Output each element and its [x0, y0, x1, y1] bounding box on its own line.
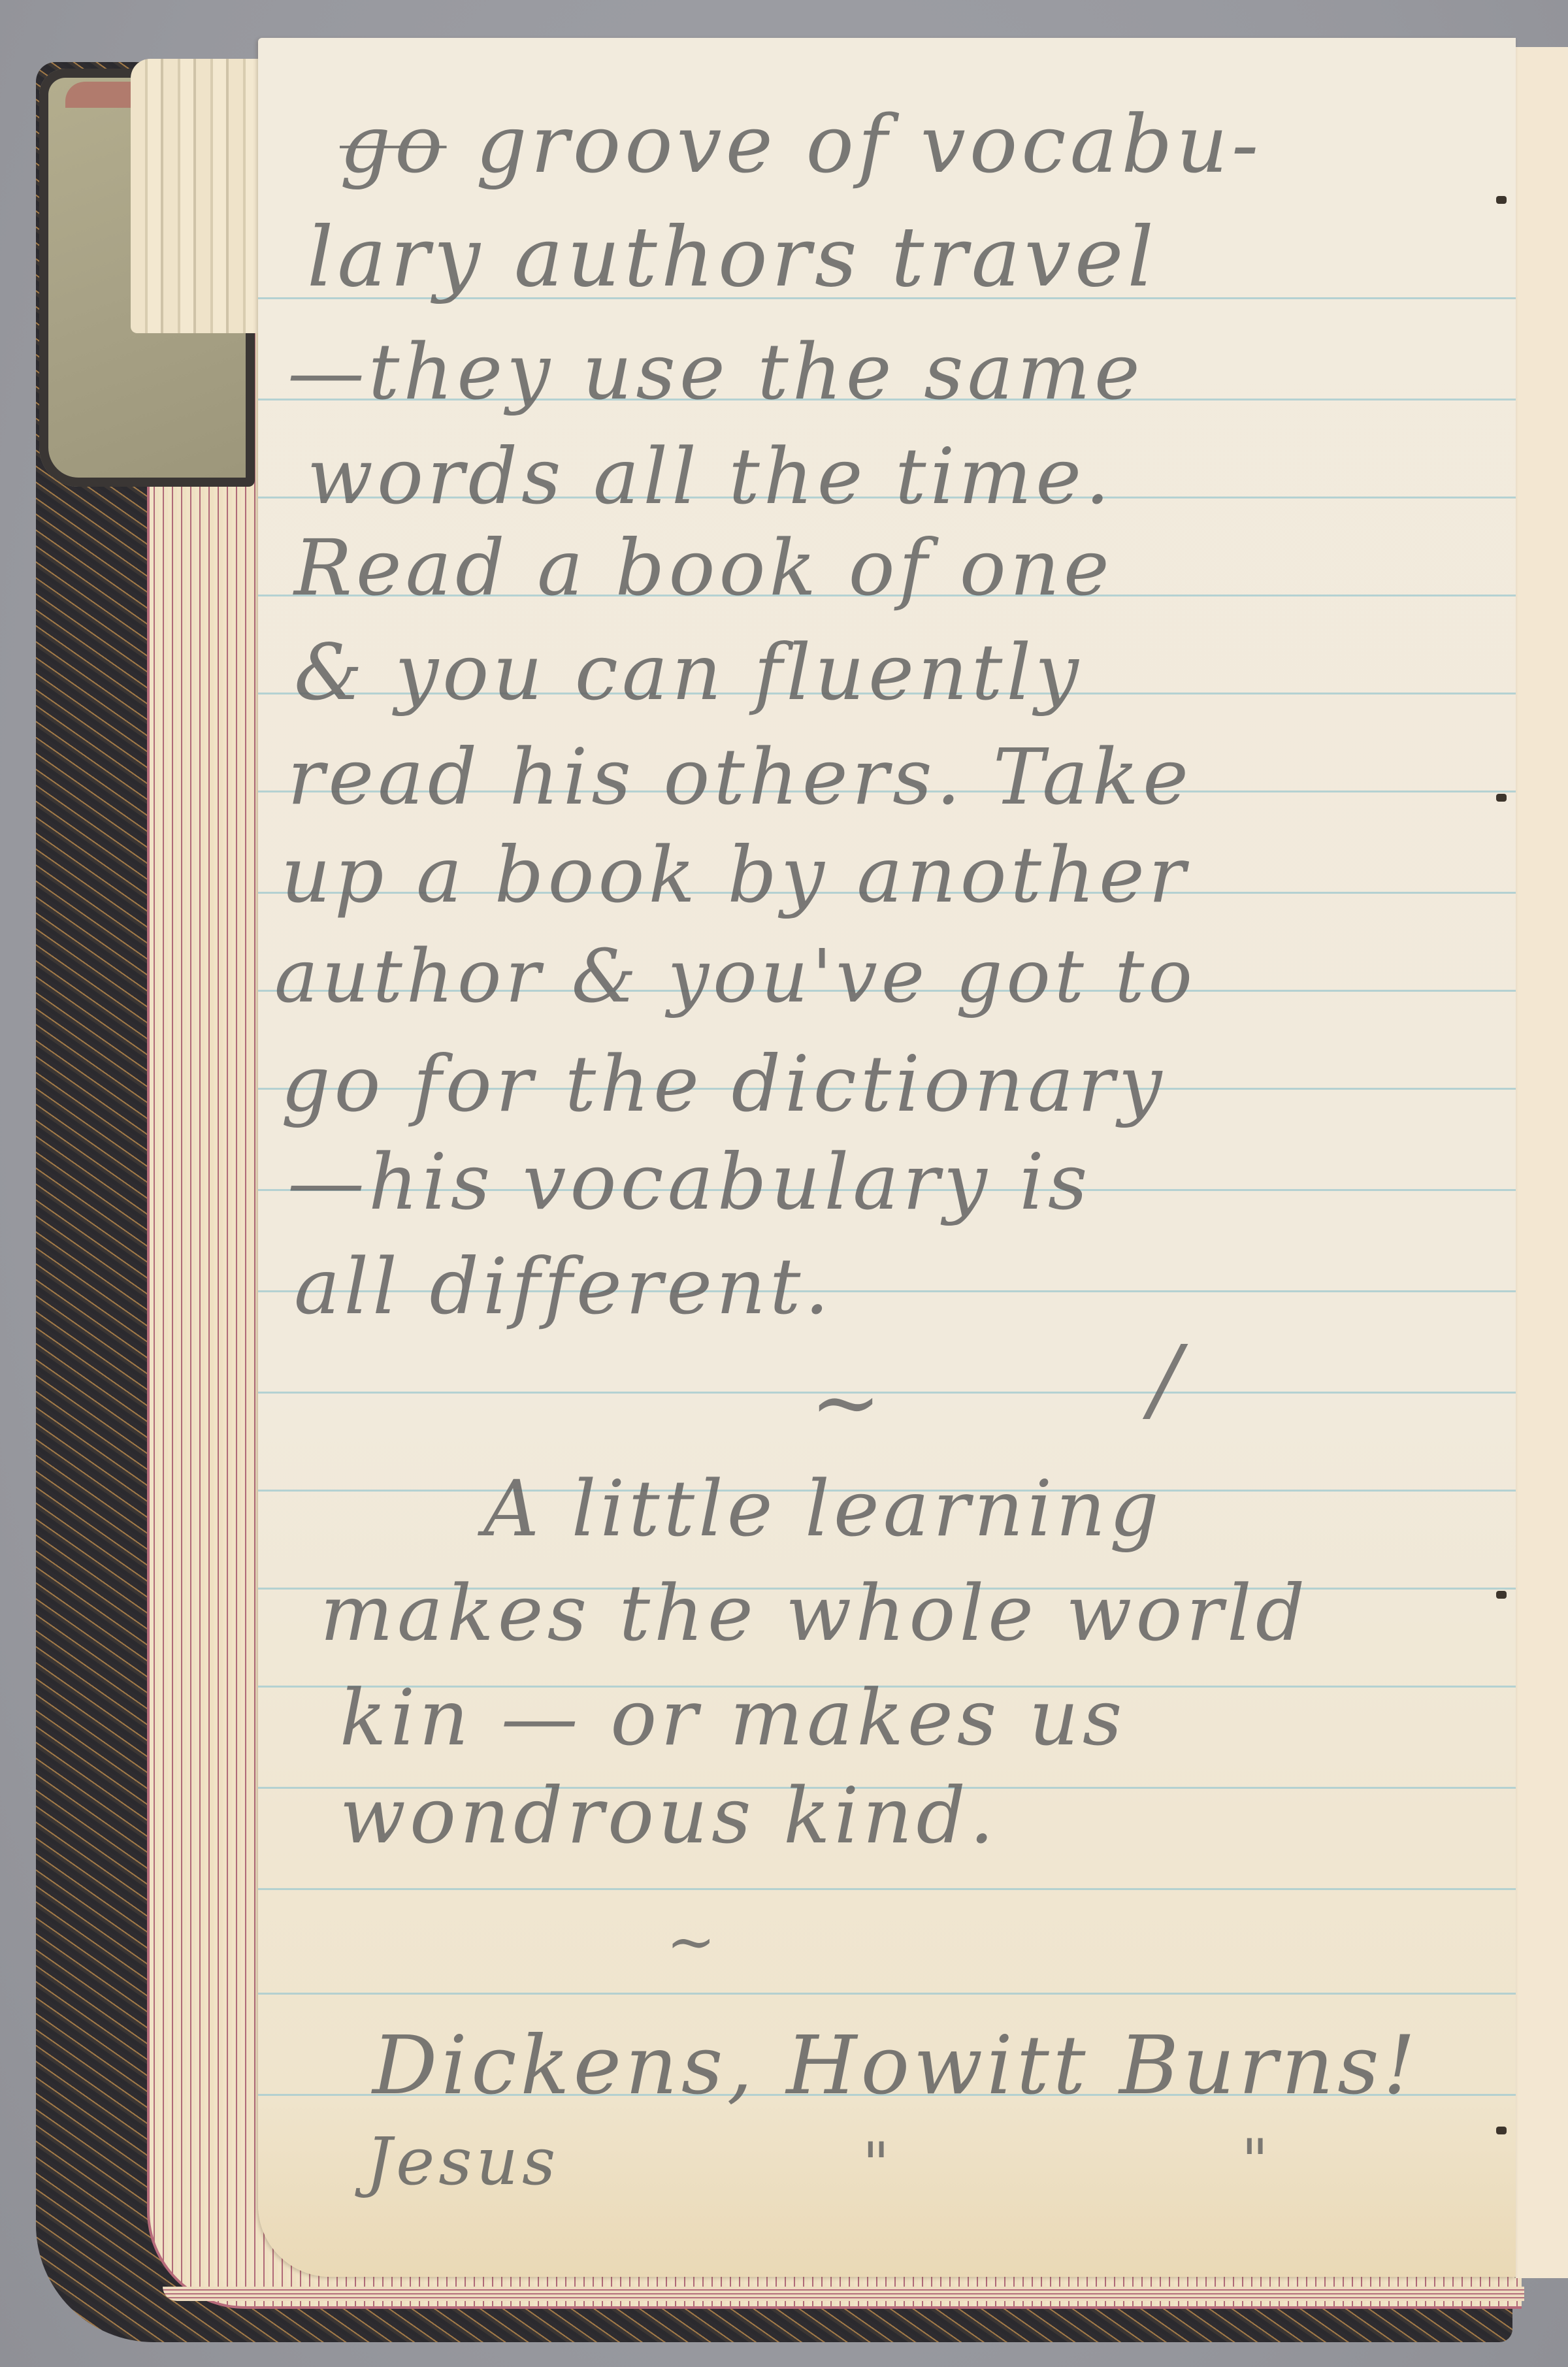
handwriting-line: read his others. Take: [287, 732, 1192, 822]
binding-stitch: [1496, 794, 1507, 802]
handwriting-line: kin — or makes us: [340, 1673, 1126, 1763]
handwriting-line: up a book by another: [281, 830, 1189, 920]
rule-line: [258, 1888, 1516, 1890]
separator-mark: ~: [810, 1352, 881, 1452]
struck-word: go: [340, 98, 447, 191]
handwriting-line: author & you've got to: [274, 934, 1196, 1019]
handwriting-line: go groove of vocabu-: [340, 98, 1262, 191]
handwriting-line: & you can fluently: [294, 627, 1083, 717]
handwriting-line: go for the dictionary: [281, 1039, 1166, 1129]
handwriting-line: all different.: [294, 1241, 833, 1331]
binding-stitch: [1496, 2127, 1507, 2134]
separator-mark: ~: [666, 1908, 715, 1976]
ditto-mark: ": [1241, 2127, 1268, 2195]
facing-page-edge: [1514, 47, 1568, 2278]
handwriting-line: words all the time.: [307, 431, 1114, 521]
rule-line: [258, 1993, 1516, 1995]
handwriting-line: wondrous kind.: [340, 1771, 998, 1861]
handwriting-line: —his vocabulary is: [287, 1137, 1091, 1227]
handwriting-line: makes the whole world: [320, 1568, 1309, 1658]
slash-mark: /: [1150, 1326, 1181, 1433]
handwriting-line: Read a book of one: [294, 523, 1113, 613]
rule-line: [258, 1392, 1516, 1394]
binding-stitch: [1496, 196, 1507, 204]
handwriting-line: Dickens, Howitt Burns!: [372, 2019, 1420, 2113]
handwriting-line: A little learning: [483, 1463, 1163, 1554]
binding-stitch: [1496, 1591, 1507, 1599]
ditto-mark: ": [862, 2130, 889, 2198]
handwriting-line: lary authors travel: [307, 209, 1158, 305]
handwriting-line: Jesus: [366, 2123, 559, 2200]
handwriting-line: —they use the same: [287, 327, 1144, 417]
